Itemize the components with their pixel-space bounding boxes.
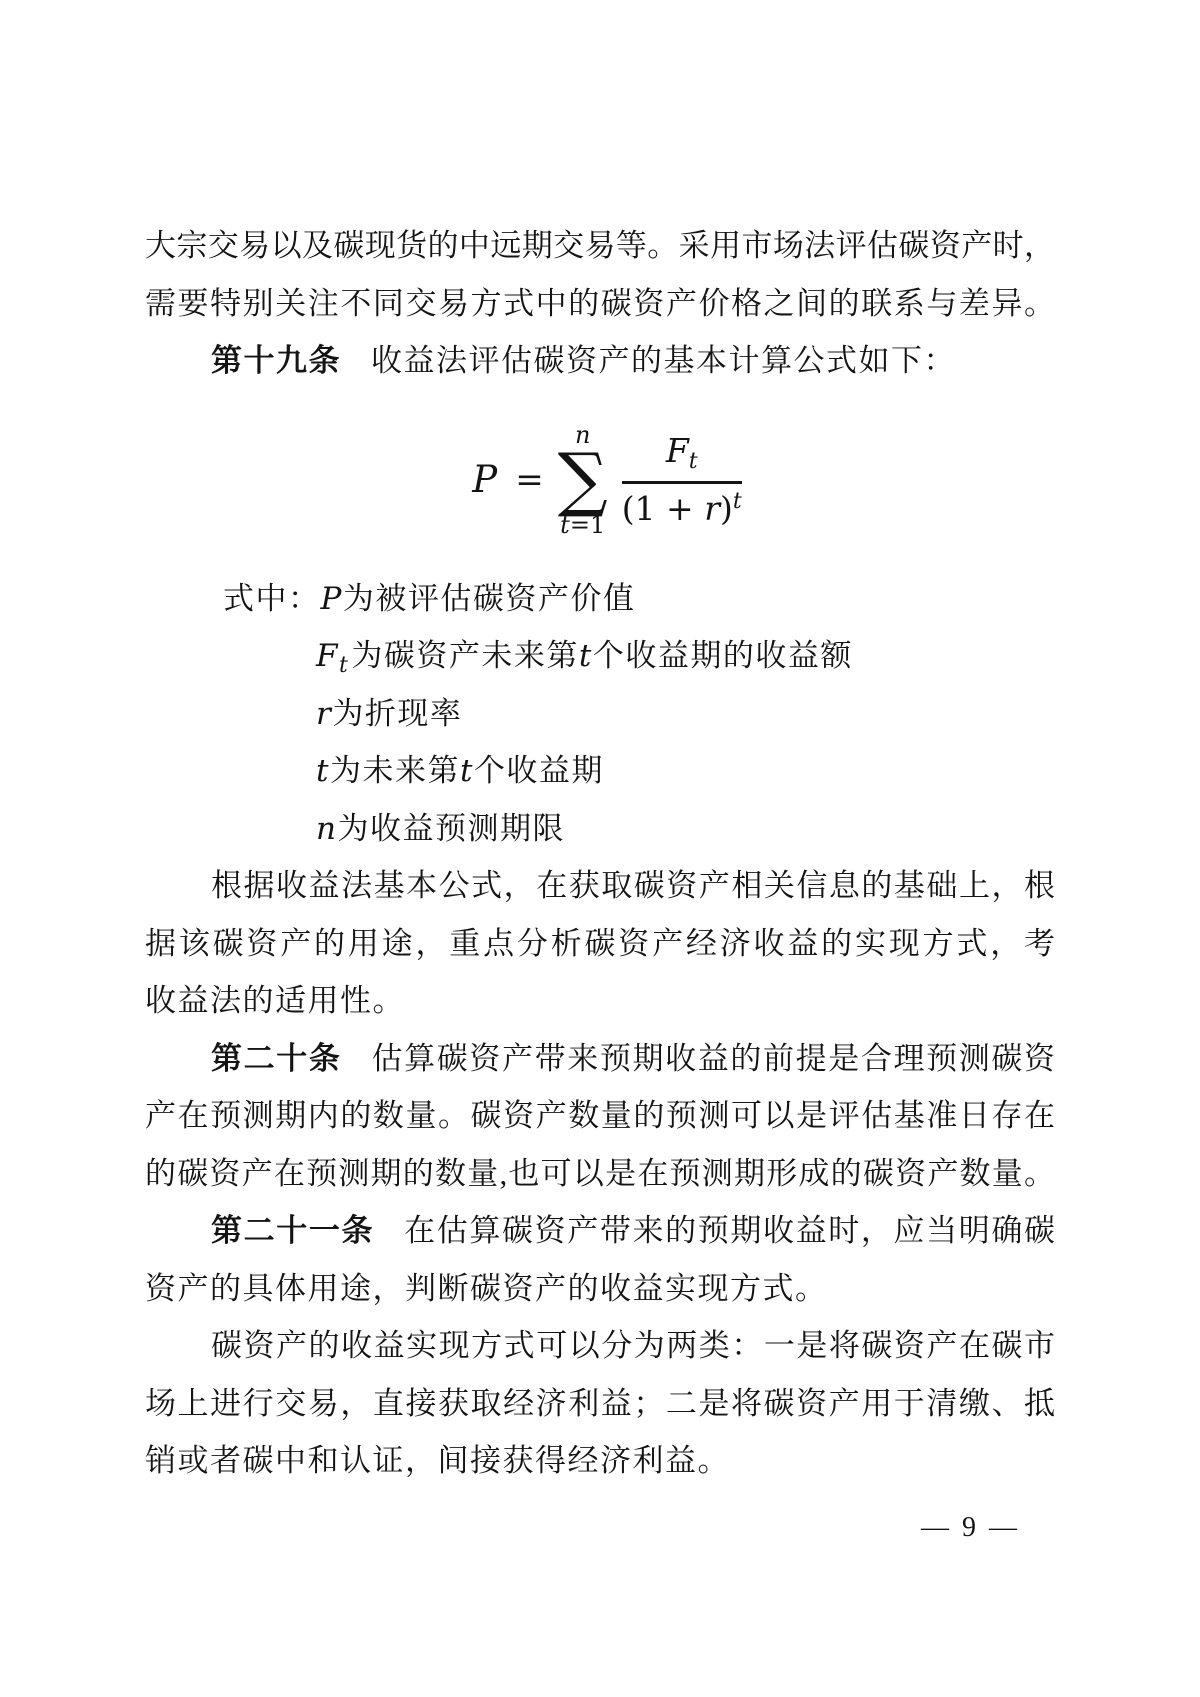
lower-limit-variable: t bbox=[560, 511, 570, 539]
paragraph-line: 大宗交易以及碳现货的中远期交易等。采用市场法评估碳资产时， bbox=[145, 217, 1055, 275]
symbol-definition-line: Ft为碳资产未来第t个收益期的收益额 bbox=[145, 627, 1055, 685]
paragraph-line: 需要特别关注不同交易方式中的碳资产价格之间的联系与差异。 bbox=[145, 275, 1055, 333]
variable-F-subscript: t bbox=[339, 653, 349, 678]
article-21-line: 第二十一条在估算碳资产带来的预期收益时，应当明确碳 bbox=[145, 1202, 1055, 1260]
inline-variable-t: t bbox=[460, 753, 474, 789]
where-clause-line: 式中：P为被评估碳资产价值 bbox=[145, 570, 1055, 628]
paragraph-line: 场上进行交易，直接获取经济利益；二是将碳资产用于清缴、抵 bbox=[145, 1375, 1055, 1433]
where-label: 式中： bbox=[223, 581, 321, 616]
article-20-text: 估算碳资产带来预期收益的前提是合理预测碳资 bbox=[372, 1041, 1056, 1076]
fraction-denominator: (1 + r)t bbox=[622, 484, 742, 525]
summation-lower-limit: t=1 bbox=[560, 513, 605, 537]
symbol-definition-line: t为未来第t个收益期 bbox=[145, 742, 1055, 800]
fraction-numerator: Ft bbox=[622, 434, 742, 484]
article-19-heading: 第十九条 bbox=[211, 343, 341, 378]
formula-fraction: Ft (1 + r)t bbox=[622, 434, 742, 525]
paragraph-line: 产在预测期内的数量。碳资产数量的预测可以是评估基准日存在 bbox=[145, 1087, 1055, 1145]
paragraph-line: 的碳资产在预测期的数量,也可以是在预测期形成的碳资产数量。 bbox=[145, 1145, 1055, 1203]
article-21-text: 在估算碳资产带来的预期收益时，应当明确碳 bbox=[404, 1213, 1055, 1248]
formula-lhs-variable: P bbox=[472, 458, 497, 501]
article-20-line: 第二十条估算碳资产带来预期收益的前提是合理预测碳资 bbox=[145, 1030, 1055, 1088]
article-19-text: 收益法评估碳资产的基本计算公式如下： bbox=[371, 343, 956, 378]
paragraph-line: 据该碳资产的用途，重点分析碳资产经济收益的实现方式，考 bbox=[145, 915, 1055, 973]
variable-r: r bbox=[316, 696, 332, 732]
article-20-heading: 第二十条 bbox=[211, 1041, 342, 1076]
symbol-definition-line: n为收益预测期限 bbox=[145, 800, 1055, 858]
definition-P: 为被评估碳资产价值 bbox=[343, 581, 636, 616]
sigma-icon: ∑ bbox=[558, 449, 608, 509]
income-method-formula: P = n ∑ t=1 Ft (1 + r)t bbox=[145, 390, 1055, 570]
definition-r: 为折现率 bbox=[332, 696, 462, 731]
denominator-exponent: t bbox=[733, 489, 742, 514]
variable-t: t bbox=[316, 753, 330, 789]
variable-F: F bbox=[316, 638, 339, 674]
paragraph-line: 资产的具体用途，判断碳资产的收益实现方式。 bbox=[145, 1260, 1055, 1318]
document-page: 大宗交易以及碳现货的中远期交易等。采用市场法评估碳资产时， 需要特别关注不同交易… bbox=[0, 0, 1200, 1697]
text-column: 大宗交易以及碳现货的中远期交易等。采用市场法评估碳资产时， 需要特别关注不同交易… bbox=[145, 217, 1055, 1490]
article-19-line: 第十九条收益法评估碳资产的基本计算公式如下： bbox=[145, 332, 1055, 390]
page-number: — 9 — bbox=[921, 1512, 1020, 1544]
definition-t-post: 个收益期 bbox=[474, 753, 604, 788]
denominator-close: ) bbox=[720, 489, 733, 528]
formula-row: P = n ∑ t=1 Ft (1 + r)t bbox=[472, 423, 741, 537]
denominator-open: (1 + bbox=[622, 489, 705, 528]
article-21-heading: 第二十一条 bbox=[211, 1213, 374, 1248]
definition-F-pre: 为碳资产未来第 bbox=[351, 638, 579, 673]
variable-n: n bbox=[316, 811, 337, 847]
numerator-subscript: t bbox=[689, 449, 698, 474]
inline-variable-t: t bbox=[579, 638, 593, 674]
paragraph-line: 收益法的适用性。 bbox=[145, 972, 1055, 1030]
definition-n: 为收益预测期限 bbox=[337, 811, 565, 846]
formula-equals-sign: = bbox=[515, 460, 544, 500]
definition-F-post: 个收益期的收益额 bbox=[593, 638, 853, 673]
paragraph-line: 根据收益法基本公式，在获取碳资产相关信息的基础上，根 bbox=[145, 857, 1055, 915]
symbol-definition-line: r为折现率 bbox=[145, 685, 1055, 743]
numerator-variable: F bbox=[666, 431, 689, 470]
paragraph-line: 碳资产的收益实现方式可以分为两类：一是将碳资产在碳市 bbox=[145, 1317, 1055, 1375]
lower-limit-value: =1 bbox=[570, 511, 605, 539]
summation-symbol: n ∑ t=1 bbox=[558, 423, 608, 537]
variable-P: P bbox=[321, 581, 343, 617]
paragraph-line: 销或者碳中和认证，间接获得经济利益。 bbox=[145, 1432, 1055, 1490]
definition-t-pre: 为未来第 bbox=[330, 753, 460, 788]
denominator-variable: r bbox=[704, 489, 720, 528]
